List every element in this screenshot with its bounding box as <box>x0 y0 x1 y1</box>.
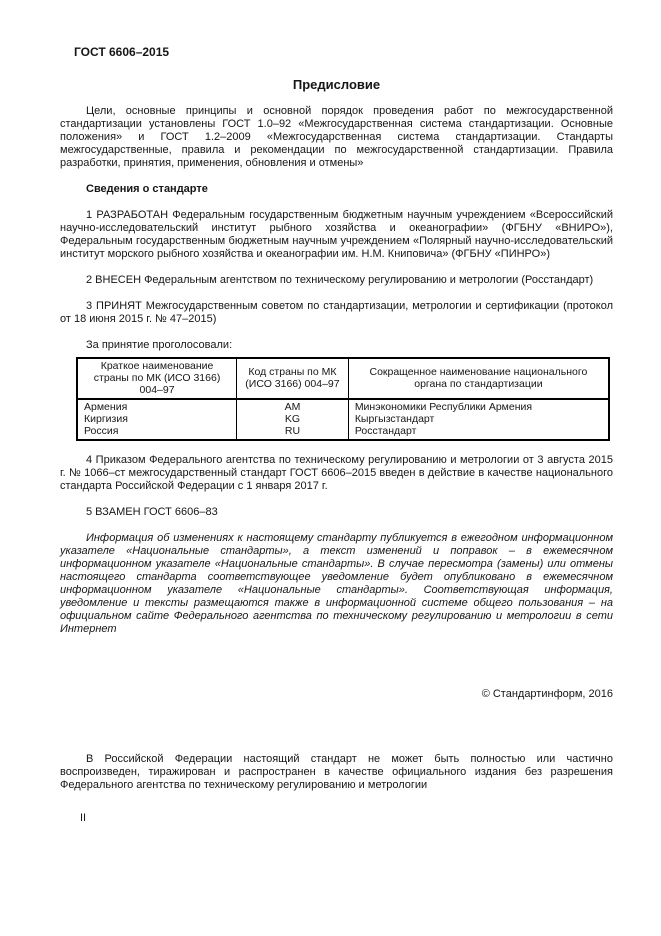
vote-intro-label: За принятие проголосовали: <box>60 339 613 352</box>
table-row: Армения AM Минэкономики Республики Армен… <box>77 399 609 413</box>
section-heading-standard-info: Сведения о стандарте <box>60 183 613 196</box>
standard-info-item-3: 3 ПРИНЯТ Межгосударственным советом по с… <box>60 300 613 326</box>
table-header-row: Краткое наименование страны по МК (ИСО 3… <box>77 358 609 399</box>
table-row: Россия RU Росстандарт <box>77 425 609 440</box>
standard-info-item-4: 4 Приказом Федерального агентства по тех… <box>60 454 613 493</box>
amendment-notice: Информация об изменениях к настоящему ст… <box>60 532 613 636</box>
doc-number: ГОСТ 6606–2015 <box>60 46 613 59</box>
intro-paragraph: Цели, основные принципы и основной поряд… <box>60 105 613 170</box>
standard-info-item-5: 5 ВЗАМЕН ГОСТ 6606–83 <box>60 506 613 519</box>
table-cell-country: Армения <box>77 399 237 413</box>
copyright-line: © Стандартинформ, 2016 <box>60 688 613 701</box>
table-cell-org: Кыргызстандарт <box>348 413 609 425</box>
reproduction-restriction: В Российской Федерации настоящий стандар… <box>60 753 613 792</box>
page-title: Предисловие <box>60 77 613 92</box>
standard-info-item-2: 2 ВНЕСЕН Федеральным агентством по техни… <box>60 274 613 287</box>
table-cell-org: Минэкономики Республики Армения <box>348 399 609 413</box>
table-header-country: Краткое наименование страны по МК (ИСО 3… <box>77 358 237 399</box>
table-cell-code: KG <box>237 413 349 425</box>
table-cell-code: AM <box>237 399 349 413</box>
table-header-org: Сокращенное наименование национального о… <box>348 358 609 399</box>
page-number: II <box>80 812 613 825</box>
document-page: ГОСТ 6606–2015 Предисловие Цели, основны… <box>0 0 661 936</box>
table-cell-code: RU <box>237 425 349 440</box>
table-header-code: Код страны по МК (ИСО 3166) 004–97 <box>237 358 349 399</box>
table-cell-org: Росстандарт <box>348 425 609 440</box>
voting-table: Краткое наименование страны по МК (ИСО 3… <box>76 357 610 441</box>
table-cell-country: Киргизия <box>77 413 237 425</box>
standard-info-item-1: 1 РАЗРАБОТАН Федеральным государственным… <box>60 209 613 261</box>
table-row: Киргизия KG Кыргызстандарт <box>77 413 609 425</box>
table-cell-country: Россия <box>77 425 237 440</box>
